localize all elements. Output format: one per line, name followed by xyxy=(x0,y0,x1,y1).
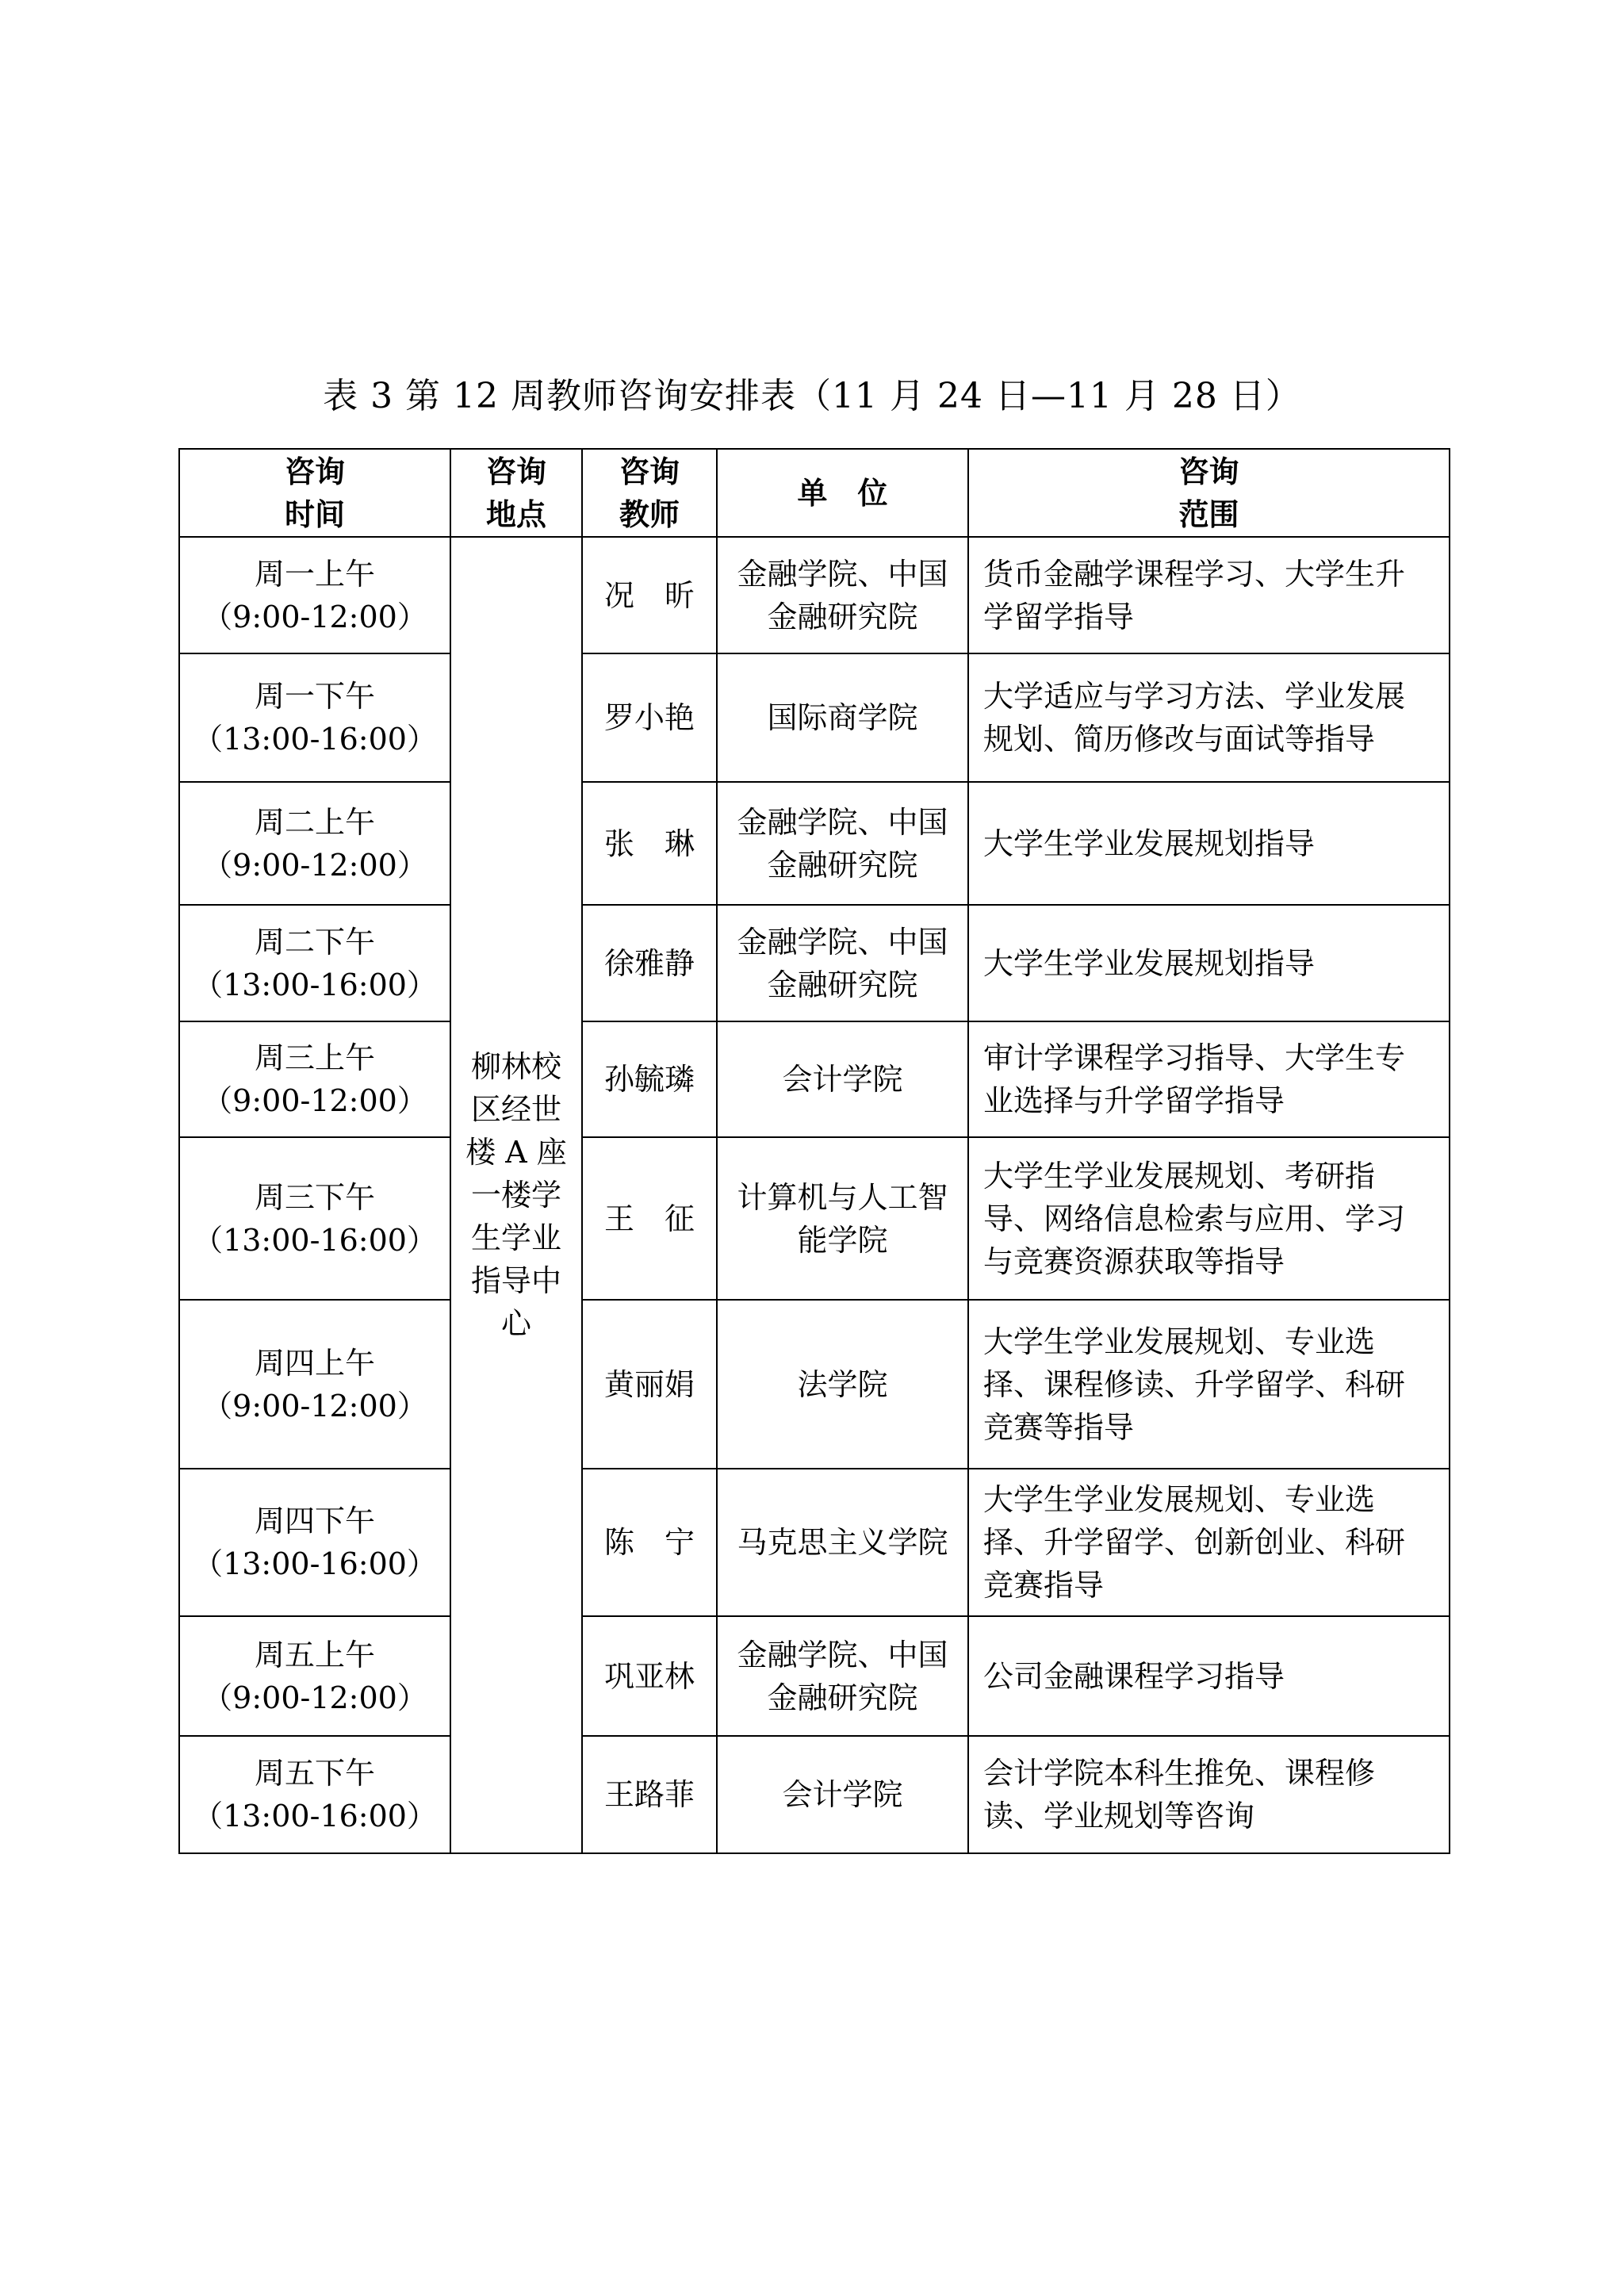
time-cell: 周四下午（13:00-16:00） xyxy=(179,1469,450,1616)
unit-cell: 国际商学院 xyxy=(717,653,968,782)
teacher-cell: 黄丽娟 xyxy=(582,1300,717,1469)
unit-cell: 会计学院 xyxy=(717,1021,968,1137)
scope-cell: 大学生学业发展规划指导 xyxy=(968,905,1450,1021)
time-cell: 周三上午（9:00-12:00） xyxy=(179,1021,450,1137)
scope-cell: 大学生学业发展规划指导 xyxy=(968,782,1450,905)
scope-cell: 大学生学业发展规划、专业选择、升学留学、创新创业、科研竞赛指导 xyxy=(968,1469,1450,1616)
table-title: 表 3 第 12 周教师咨询安排表（11 月 24 日—11 月 28 日） xyxy=(0,373,1624,420)
header-teacher: 咨询教师 xyxy=(582,449,717,537)
teacher-cell: 王路菲 xyxy=(582,1736,717,1853)
unit-cell: 金融学院、中国金融研究院 xyxy=(717,1616,968,1736)
table-row: 周一上午（9:00-12:00） 柳林校区经世楼 A 座一楼学生学业指导中心 况… xyxy=(179,537,1450,653)
time-cell: 周五上午（9:00-12:00） xyxy=(179,1616,450,1736)
unit-cell: 金融学院、中国金融研究院 xyxy=(717,905,968,1021)
scope-cell: 货币金融学课程学习、大学生升学留学指导 xyxy=(968,537,1450,653)
table-row: 周一下午（13:00-16:00） 罗小艳 国际商学院 大学适应与学习方法、学业… xyxy=(179,653,1450,782)
unit-cell: 会计学院 xyxy=(717,1736,968,1853)
time-cell: 周三下午（13:00-16:00） xyxy=(179,1137,450,1300)
header-scope: 咨询范围 xyxy=(968,449,1450,537)
consultation-schedule-table: 咨询时间 咨询地点 咨询教师 单 位 咨询范围 周一上午（9:00-12:00）… xyxy=(178,448,1450,1854)
scope-cell: 会计学院本科生推免、课程修读、学业规划等咨询 xyxy=(968,1736,1450,1853)
table-row: 周二下午（13:00-16:00） 徐雅静 金融学院、中国金融研究院 大学生学业… xyxy=(179,905,1450,1021)
teacher-cell: 巩亚林 xyxy=(582,1616,717,1736)
scope-cell: 大学生学业发展规划、考研指导、网络信息检索与应用、学习与竞赛资源获取等指导 xyxy=(968,1137,1450,1300)
unit-cell: 金融学院、中国金融研究院 xyxy=(717,782,968,905)
table-row: 周四上午（9:00-12:00） 黄丽娟 法学院 大学生学业发展规划、专业选择、… xyxy=(179,1300,1450,1469)
header-unit: 单 位 xyxy=(717,449,968,537)
unit-cell: 法学院 xyxy=(717,1300,968,1469)
teacher-cell: 张 琳 xyxy=(582,782,717,905)
time-cell: 周二下午（13:00-16:00） xyxy=(179,905,450,1021)
unit-cell: 计算机与人工智能学院 xyxy=(717,1137,968,1300)
unit-cell: 马克思主义学院 xyxy=(717,1469,968,1616)
scope-cell: 大学生学业发展规划、专业选择、课程修读、升学留学、科研竞赛等指导 xyxy=(968,1300,1450,1469)
teacher-cell: 孙毓璘 xyxy=(582,1021,717,1137)
unit-cell: 金融学院、中国金融研究院 xyxy=(717,537,968,653)
teacher-cell: 陈 宁 xyxy=(582,1469,717,1616)
scope-cell: 大学适应与学习方法、学业发展规划、简历修改与面试等指导 xyxy=(968,653,1450,782)
table-row: 周三下午（13:00-16:00） 王 征 计算机与人工智能学院 大学生学业发展… xyxy=(179,1137,1450,1300)
time-cell: 周五下午（13:00-16:00） xyxy=(179,1736,450,1853)
location-cell: 柳林校区经世楼 A 座一楼学生学业指导中心 xyxy=(450,537,582,1853)
teacher-cell: 王 征 xyxy=(582,1137,717,1300)
table-row: 周四下午（13:00-16:00） 陈 宁 马克思主义学院 大学生学业发展规划、… xyxy=(179,1469,1450,1616)
scope-cell: 审计学课程学习指导、大学生专业选择与升学留学指导 xyxy=(968,1021,1450,1137)
time-cell: 周一下午（13:00-16:00） xyxy=(179,653,450,782)
teacher-cell: 罗小艳 xyxy=(582,653,717,782)
teacher-cell: 况 昕 xyxy=(582,537,717,653)
time-cell: 周二上午（9:00-12:00） xyxy=(179,782,450,905)
header-location: 咨询地点 xyxy=(450,449,582,537)
teacher-cell: 徐雅静 xyxy=(582,905,717,1021)
table-row: 周二上午（9:00-12:00） 张 琳 金融学院、中国金融研究院 大学生学业发… xyxy=(179,782,1450,905)
header-row: 咨询时间 咨询地点 咨询教师 单 位 咨询范围 xyxy=(179,449,1450,537)
table-row: 周五上午（9:00-12:00） 巩亚林 金融学院、中国金融研究院 公司金融课程… xyxy=(179,1616,1450,1736)
table-row: 周五下午（13:00-16:00） 王路菲 会计学院 会计学院本科生推免、课程修… xyxy=(179,1736,1450,1853)
header-time: 咨询时间 xyxy=(179,449,450,537)
time-cell: 周四上午（9:00-12:00） xyxy=(179,1300,450,1469)
table-row: 周三上午（9:00-12:00） 孙毓璘 会计学院 审计学课程学习指导、大学生专… xyxy=(179,1021,1450,1137)
time-cell: 周一上午（9:00-12:00） xyxy=(179,537,450,653)
scope-cell: 公司金融课程学习指导 xyxy=(968,1616,1450,1736)
